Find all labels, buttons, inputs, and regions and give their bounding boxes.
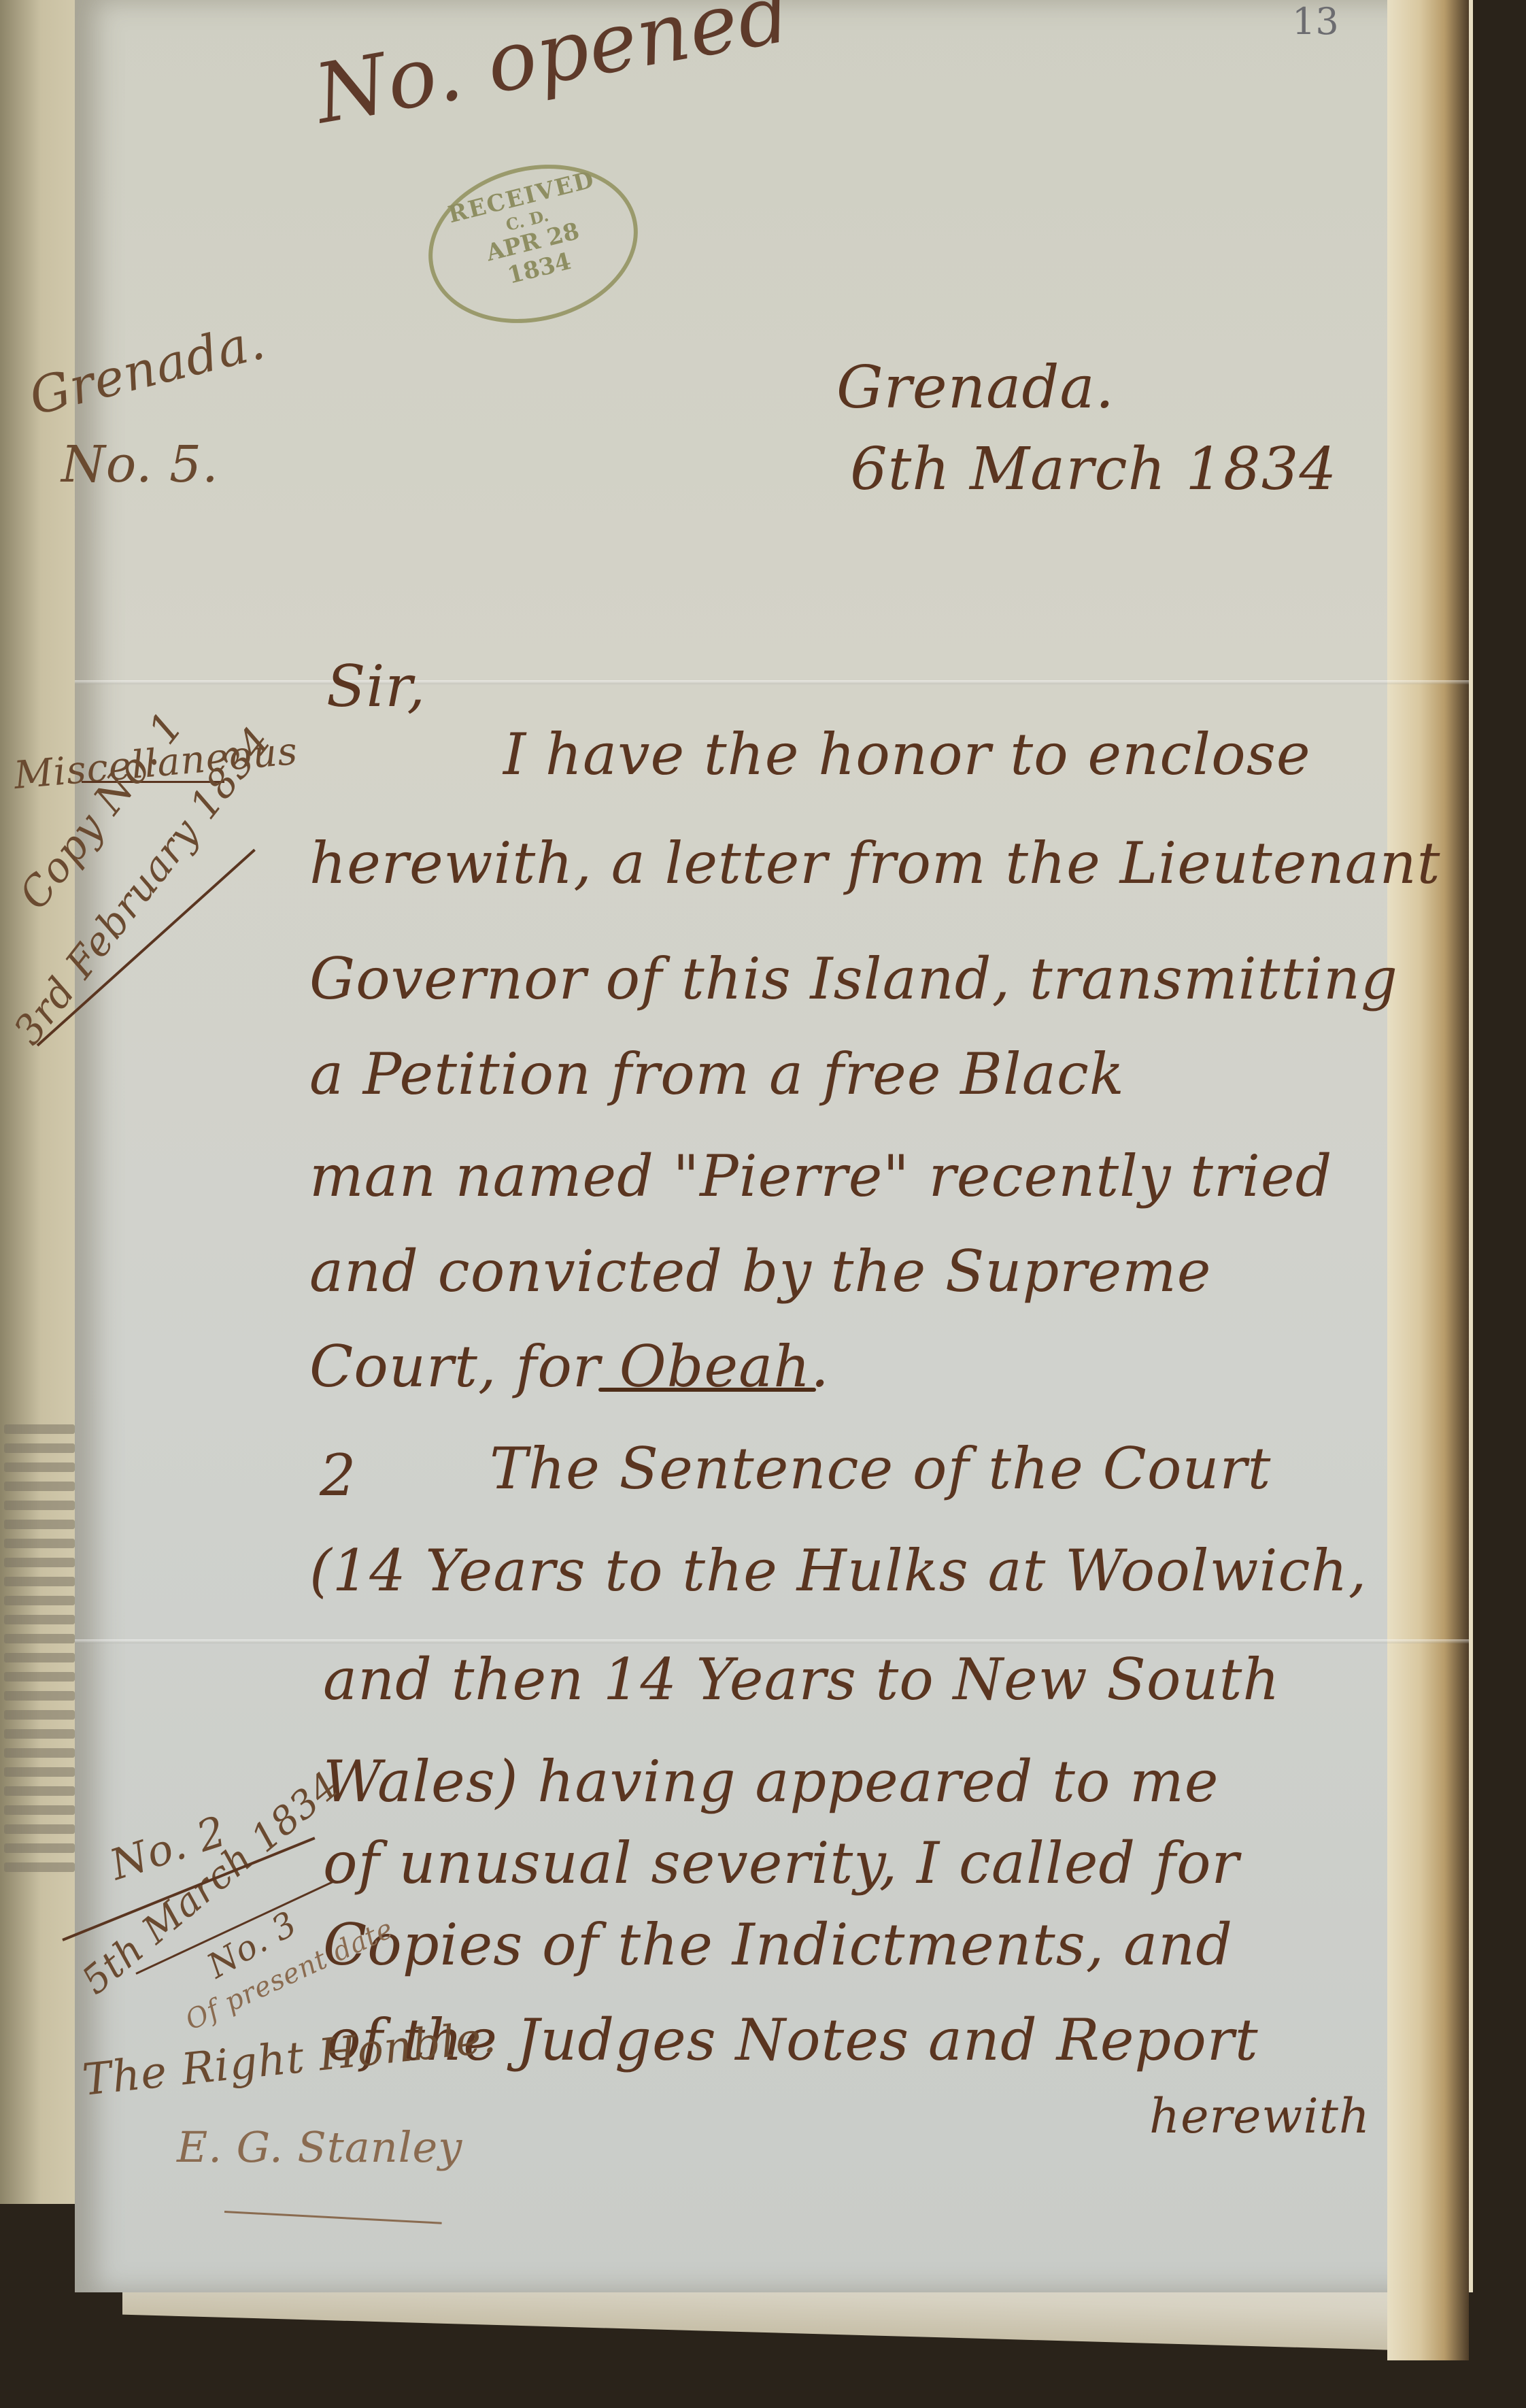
paragraph-2-line-5: of unusual severity, I called for [323, 1830, 1240, 1896]
body-line-5: man named "Pierre" recently tried [309, 1143, 1332, 1209]
body-line-4: a Petition from a free Black [309, 1041, 1125, 1107]
body-line-6: and convicted by the Supreme [309, 1238, 1212, 1305]
page-number: 13 [1292, 0, 1339, 43]
salutation: Sir, [326, 653, 426, 720]
paragraph-2-number: 2 [320, 1442, 356, 1509]
dateline-place: Grenada. [836, 354, 1115, 422]
obeah-underline [598, 1388, 816, 1392]
addressee-name: E. G. Stanley [177, 2122, 462, 2172]
dateline-date: 6th March 1834 [850, 435, 1337, 503]
body-line-3: Governor of this Island, transmitting [309, 946, 1398, 1012]
printed-text-fragment [0, 1415, 82, 2095]
paragraph-2-line-3: and then 14 Years to New South [323, 1646, 1280, 1713]
catchword: herewith [1149, 2088, 1370, 2144]
paragraph-2-line-1: The Sentence of the Court [490, 1435, 1271, 1502]
paragraph-2-line-4: Wales) having appeared to me [323, 1748, 1219, 1815]
body-line-2: herewith, a letter from the Lieutenant [309, 830, 1441, 897]
fold-crease [75, 680, 1469, 684]
margin-despatch-number: No. 5. [61, 435, 219, 494]
paragraph-2-line-6: Copies of the Indictments, and [323, 1911, 1233, 1978]
paragraph-2-line-2: (14 Years to the Hulks at Woolwich, [309, 1537, 1367, 1604]
fold-crease [75, 1639, 1469, 1643]
page-edge [1387, 0, 1469, 2360]
body-line-1: I have the honor to enclose [503, 721, 1311, 788]
